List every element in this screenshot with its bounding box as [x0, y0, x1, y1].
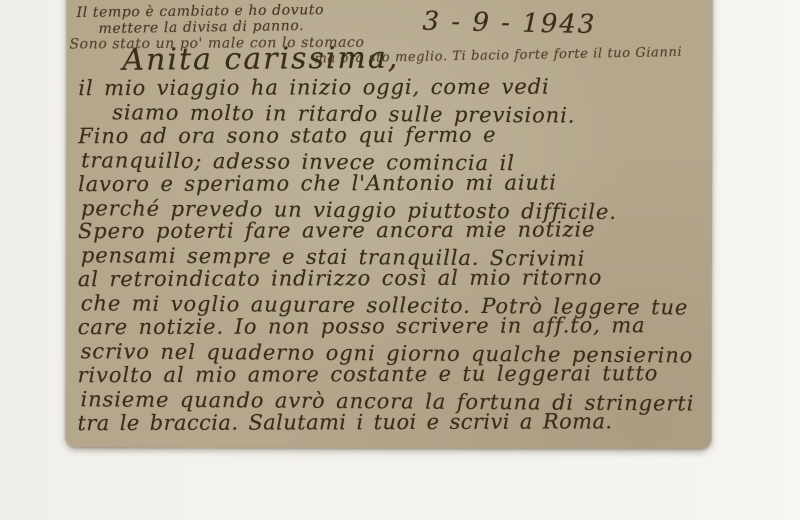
body-line: rivolto al mio amore costante e tu legge…	[78, 362, 708, 388]
body-line: tra le braccia. Salutami i tuoi e scrivi…	[77, 410, 707, 436]
body-line: al retroindicato indirizzo così al mio r…	[78, 266, 708, 292]
scanned-postcard-page: Il tempo è cambiato e ho dovuto mettere …	[0, 0, 800, 520]
salutation: Anita carissima,	[122, 41, 399, 78]
body-line: il mio viaggio ha inizio oggi, come vedi	[78, 75, 708, 101]
letter-body: il mio viaggio ha inizio oggi, come vedi…	[77, 77, 708, 437]
postcard: Il tempo è cambiato e ho dovuto mettere …	[65, 0, 712, 449]
body-line: care notizie. Io non posso scrivere in a…	[78, 314, 708, 340]
top-note-line: mettere la divisa di panno.	[98, 18, 304, 37]
letter-date: 3 - 9 - 1943	[422, 7, 596, 40]
body-line: Spero poterti fare avere ancora mie noti…	[78, 218, 708, 244]
body-line: lavoro e speriamo che l'Antonio mi aiuti	[78, 171, 708, 197]
body-line: Fino ad ora sono stato qui fermo e	[78, 123, 708, 149]
